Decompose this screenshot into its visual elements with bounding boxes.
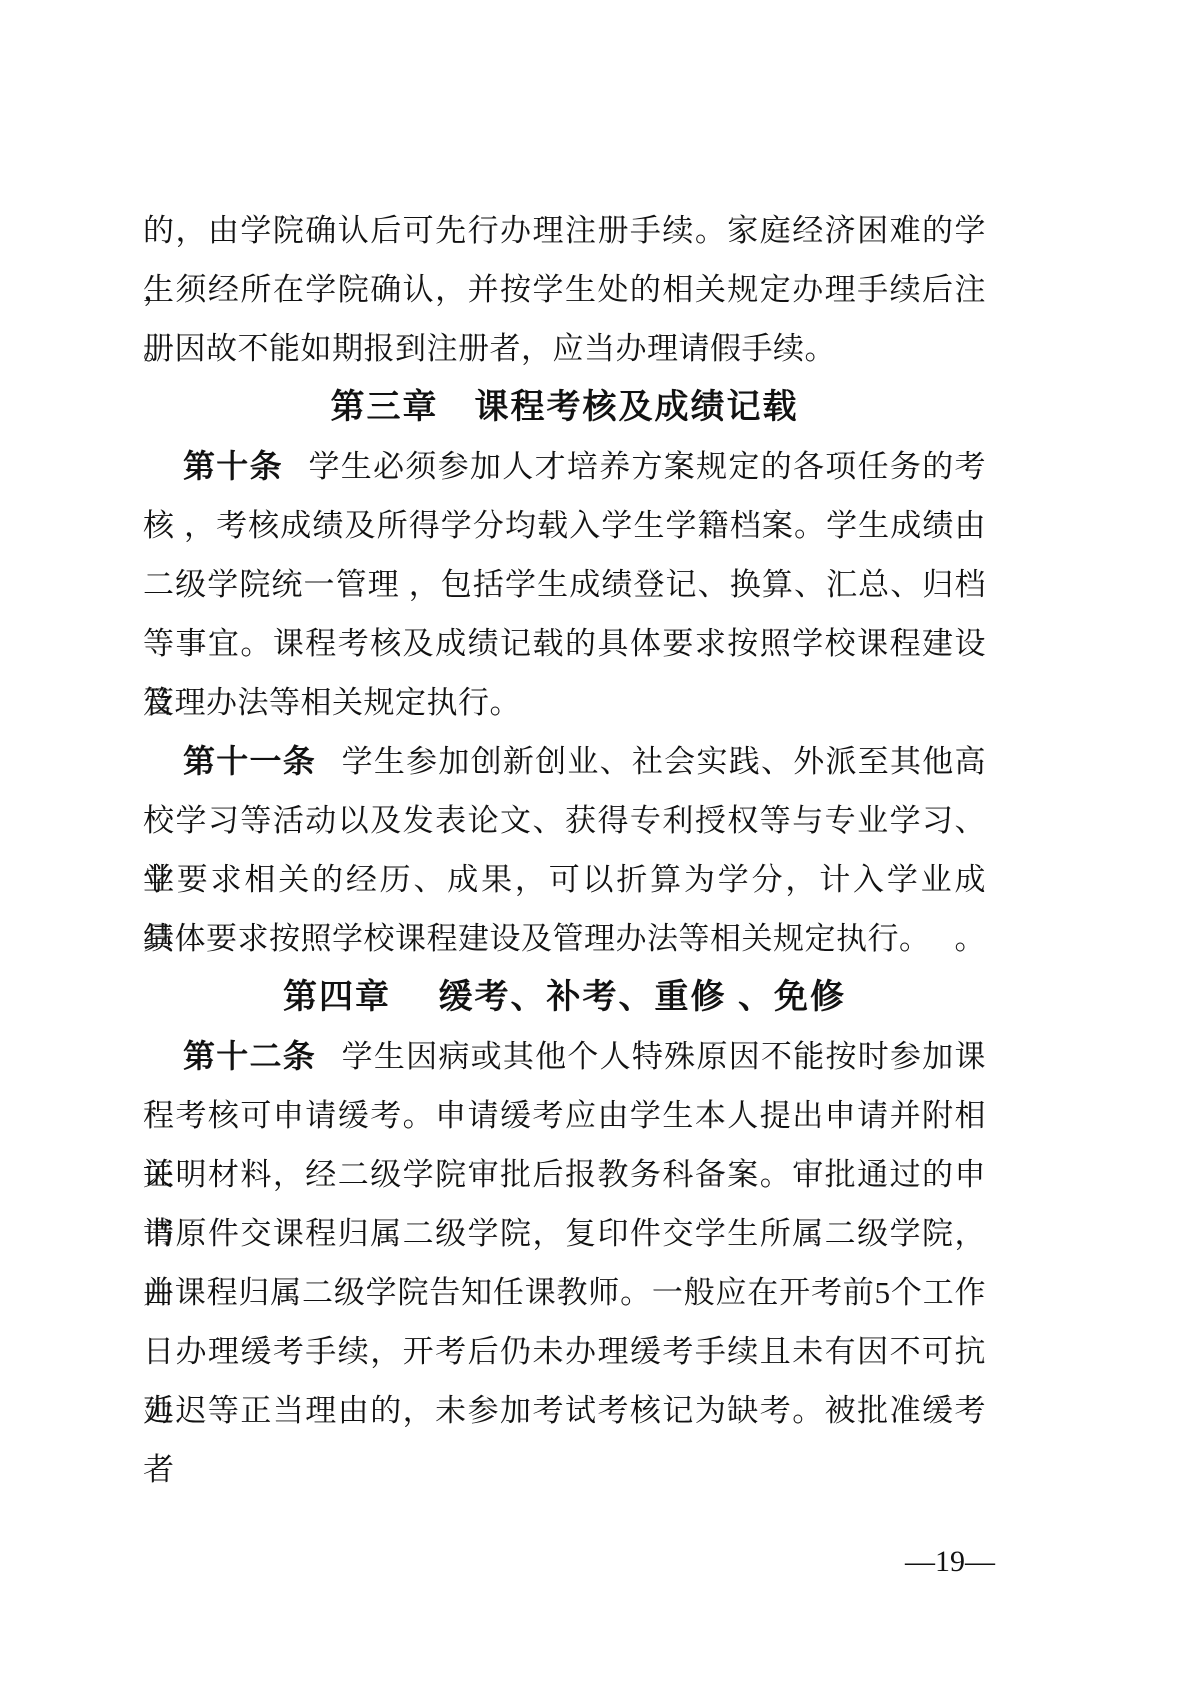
text-line: 证明材料，经二级学院审批后报教务科备案。审批通过的申请 bbox=[143, 1145, 986, 1204]
line-text: 学生参加创新创业、社会实践、外派至其他高 bbox=[342, 744, 986, 779]
line-text: 。因故不能如期报到注册者，应当办理请假手续。 bbox=[143, 331, 836, 366]
document-body: 的，由学院确认后可先行办理注册手续。家庭经济困难的学生，须经所在学院确认，并按学… bbox=[143, 201, 986, 1440]
article-number: 第十条 bbox=[183, 448, 283, 484]
document-page: 的，由学院确认后可先行办理注册手续。家庭经济困难的学生，须经所在学院确认，并按学… bbox=[0, 0, 1191, 1684]
text-line: 第十一条学生参加创新创业、社会实践、外派至其他高 bbox=[143, 732, 986, 791]
line-text: 具体要求按照学校课程建设及管理办法等相关规定执行。 bbox=[143, 921, 931, 956]
article-number: 第十一条 bbox=[183, 743, 316, 779]
text-line: 第十二条学生因病或其他个人特殊原因不能按时参加课 bbox=[143, 1027, 986, 1086]
text-line: 的，由学院确认后可先行办理注册手续。家庭经济困难的学生 bbox=[143, 201, 986, 260]
line-text: 核 ，考核成绩及所得学分均载入学生学籍档案。学生成绩由 bbox=[143, 508, 986, 543]
text-line: 第四章 缓考、补考、重修 、免修 bbox=[143, 968, 986, 1027]
line-text: 学生必须参加人才培养方案规定的各项任务的考 bbox=[309, 449, 987, 484]
text-line: ，须经所在学院确认，并按学生处的相关规定办理手续后注册 bbox=[143, 260, 986, 319]
text-line: 等事宜。课程考核及成绩记载的具体要求按照学校课程建设及 bbox=[143, 614, 986, 673]
line-text: 管理办法等相关规定执行。 bbox=[143, 685, 521, 720]
text-line: 程考核可申请缓考。申请缓考应由学生本人提出申请并附相关 bbox=[143, 1086, 986, 1145]
article-number: 第十二条 bbox=[183, 1038, 316, 1074]
text-line: 管理办法等相关规定执行。 bbox=[143, 673, 986, 732]
text-line: 由课程归属二级学院告知任课教师。一般应在开考前5个工作 bbox=[143, 1263, 986, 1322]
text-line: 书原件交课程归属二级学院，复印件交学生所属二级学院，并 bbox=[143, 1204, 986, 1263]
text-line: 校学习等活动以及发表论文、获得专利授权等与专业学习、学 bbox=[143, 791, 986, 850]
page-number: —19— bbox=[905, 1545, 995, 1579]
text-line: 日办理缓考手续，开考后仍未办理缓考手续且未有因不可抗力 bbox=[143, 1322, 986, 1381]
line-text: 第三章 课程考核及成绩记载 bbox=[331, 388, 799, 426]
text-line: 第十条学生必须参加人才培养方案规定的各项任务的考 bbox=[143, 437, 986, 496]
text-line: 。因故不能如期报到注册者，应当办理请假手续。 bbox=[143, 319, 986, 378]
text-line: 具体要求按照学校课程建设及管理办法等相关规定执行。 bbox=[143, 909, 986, 968]
text-line: 业要求相关的经历、成果，可以折算为学分，计入学业成绩。 bbox=[143, 850, 986, 909]
line-text: 二级学院统一管理 ，包括学生成绩登记、换算、汇总、归档 bbox=[143, 567, 986, 602]
text-line: 二级学院统一管理 ，包括学生成绩登记、换算、汇总、归档 bbox=[143, 555, 986, 614]
text-line: 核 ，考核成绩及所得学分均载入学生学籍档案。学生成绩由 bbox=[143, 496, 986, 555]
line-text: 延迟等正当理由的，未参加考试考核记为缺考。被批准缓考者 bbox=[143, 1393, 986, 1487]
text-line: 延迟等正当理由的，未参加考试考核记为缺考。被批准缓考者 bbox=[143, 1381, 986, 1440]
line-text: 学生因病或其他个人特殊原因不能按时参加课 bbox=[342, 1039, 986, 1074]
line-text: 由课程归属二级学院告知任课教师。一般应在开考前5个工作 bbox=[143, 1275, 986, 1310]
text-line: 第三章 课程考核及成绩记载 bbox=[143, 378, 986, 437]
line-text: 第四章 缓考、补考、重修 、免修 bbox=[283, 978, 846, 1016]
